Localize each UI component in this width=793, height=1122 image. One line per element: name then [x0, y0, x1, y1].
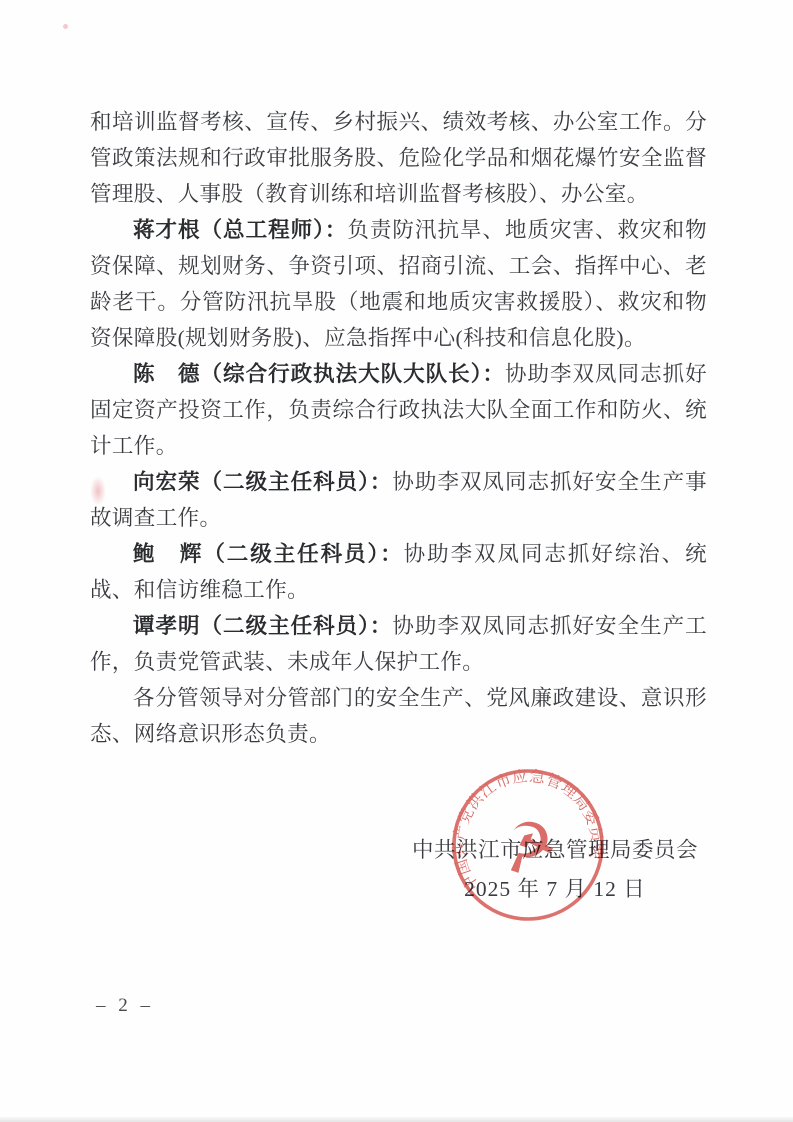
paragraph: 鲍 辉（二级主任科员）：协助李双凤同志抓好综治、统战、和信访维稳工作。 — [90, 536, 707, 608]
person-name-title: 向宏荣（二级主任科员）： — [133, 470, 392, 494]
person-name-title: 陈 德（综合行政执法大队大队长）： — [133, 362, 505, 386]
paragraph: 向宏荣（二级主任科员）：协助李双凤同志抓好安全生产事故调查工作。 — [90, 464, 707, 536]
paragraph: 蒋才根（总工程师）：负责防汛抗旱、地质灾害、救灾和物资保障、规划财务、争资引项、… — [90, 212, 707, 356]
signature-organization: 中共洪江市应急管理局委员会 — [405, 831, 705, 870]
paragraph: 各分管领导对分管部门的安全生产、党风廉政建设、意识形态、网络意识形态负责。 — [90, 680, 707, 752]
person-name-title: 蒋才根（总工程师）： — [133, 218, 347, 242]
person-name-title: 谭孝明（二级主任科员）： — [133, 614, 392, 638]
document-body: 和培训监督考核、宣传、乡村振兴、绩效考核、办公室工作。分管政策法规和行政审批服务… — [90, 104, 707, 752]
signature-date: 2025 年 7 月 12 日 — [405, 870, 705, 909]
paragraph-text: 和培训监督考核、宣传、乡村振兴、绩效考核、办公室工作。分管政策法规和行政审批服务… — [90, 110, 707, 206]
scan-smudge — [90, 476, 106, 506]
page-number: – 2 – — [96, 995, 154, 1017]
person-name-title: 鲍 辉（二级主任科员）： — [133, 542, 404, 566]
paragraph: 陈 德（综合行政执法大队大队长）：协助李双凤同志抓好固定资产投资工作，负责综合行… — [90, 356, 707, 464]
paragraph: 谭孝明（二级主任科员）：协助李双凤同志抓好安全生产工作，负责党管武装、未成年人保… — [90, 608, 707, 680]
signature-block: 中共洪江市应急管理局委员会 2025 年 7 月 12 日 — [405, 831, 705, 909]
scan-bottom-edge — [0, 1117, 793, 1122]
scanned-document-page: 和培训监督考核、宣传、乡村振兴、绩效考核、办公室工作。分管政策法规和行政审批服务… — [0, 0, 793, 1122]
paragraph-text: 各分管领导对分管部门的安全生产、党风廉政建设、意识形态、网络意识形态负责。 — [90, 686, 707, 746]
scan-speck — [63, 24, 68, 29]
paragraph: 和培训监督考核、宣传、乡村振兴、绩效考核、办公室工作。分管政策法规和行政审批服务… — [90, 104, 707, 212]
